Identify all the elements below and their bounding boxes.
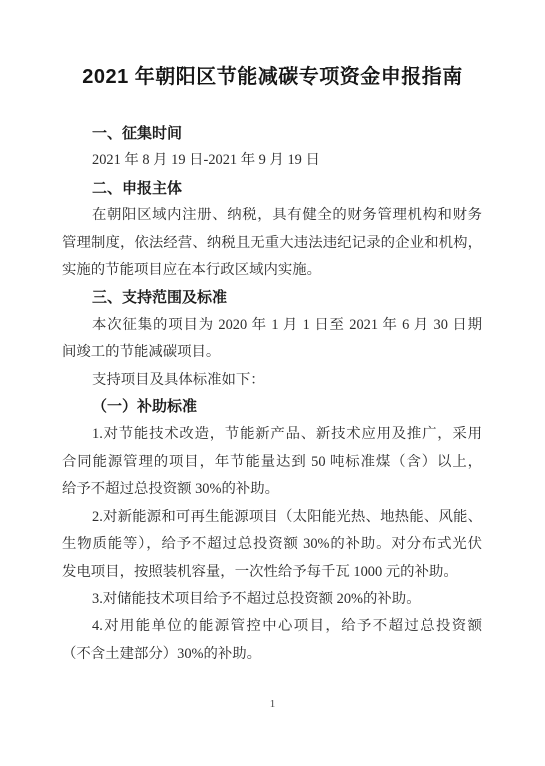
body-line: 生物质能等），给予不超过总投资额 30%的补助。对分布式光伏 bbox=[62, 531, 482, 558]
body-line: 合同能源管理的项目，年节能量达到 50 吨标准煤（含）以上， bbox=[62, 449, 482, 476]
document-title: 2021 年朝阳区节能减碳专项资金申报指南 bbox=[0, 62, 545, 92]
body-line: 4.对用能单位的能源管控中心项目，给予不超过总投资额 bbox=[62, 613, 482, 640]
body-line: 在朝阳区域内注册、纳税，具有健全的财务管理机构和财务 bbox=[62, 202, 482, 229]
body-line: 3.对储能技术项目给予不超过总投资额 20%的补助。 bbox=[62, 586, 482, 613]
body-line: 实施的节能项目应在本行政区域内实施。 bbox=[62, 257, 482, 284]
body-line: 支持项目及具体标准如下： bbox=[62, 367, 482, 394]
body-line: 给予不超过总投资额 30%的补助。 bbox=[62, 476, 482, 503]
body-line: 管理制度，依法经营、纳税且无重大违法违纪记录的企业和机构， bbox=[62, 230, 482, 257]
document-page: 2021 年朝阳区节能减碳专项资金申报指南 一、征集时间2021 年 8 月 1… bbox=[0, 0, 545, 766]
body-line: 本次征集的项目为 2020 年 1 月 1 日至 2021 年 6 月 30 日… bbox=[62, 312, 482, 339]
body-line: 1.对节能技术改造，节能新产品、新技术应用及推广，采用 bbox=[62, 421, 482, 448]
page-number: 1 bbox=[0, 698, 545, 710]
heading-line: 一、征集时间 bbox=[62, 120, 482, 147]
body-line: 间竣工的节能减碳项目。 bbox=[62, 339, 482, 366]
body-line: 2.对新能源和可再生能源项目（太阳能光热、地热能、风能、 bbox=[62, 504, 482, 531]
subheading-line: （一）补助标准 bbox=[62, 394, 482, 421]
body-line: 2021 年 8 月 19 日-2021 年 9 月 19 日 bbox=[62, 147, 482, 174]
document-body: 一、征集时间2021 年 8 月 19 日-2021 年 9 月 19 日二、申… bbox=[62, 120, 482, 668]
body-line: （不含土建部分）30%的补助。 bbox=[62, 641, 482, 668]
heading-line: 三、支持范围及标准 bbox=[62, 284, 482, 311]
heading-line: 二、申报主体 bbox=[62, 175, 482, 202]
body-line: 发电项目，按照装机容量，一次性给予每千瓦 1000 元的补助。 bbox=[62, 559, 482, 586]
